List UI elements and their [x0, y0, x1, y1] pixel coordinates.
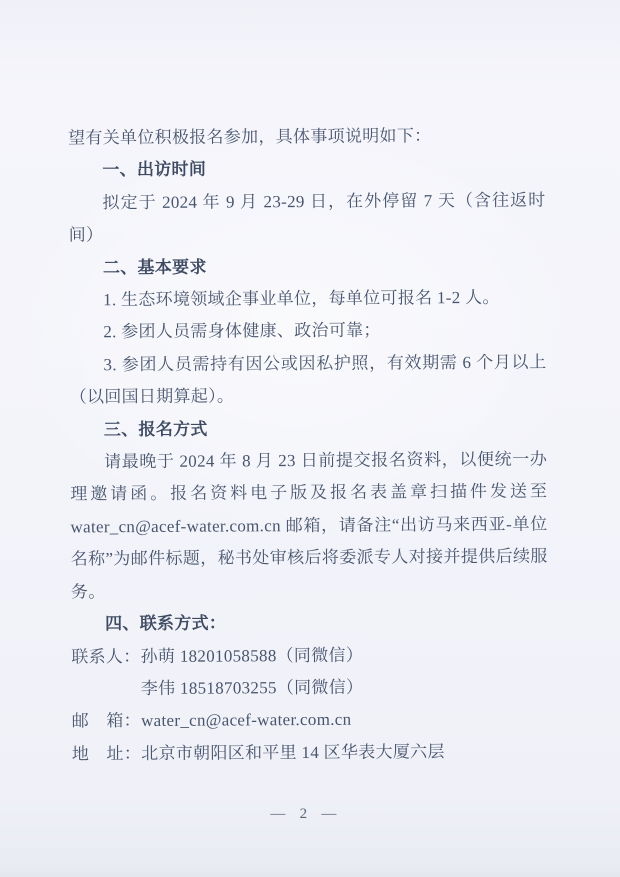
contact-value: 李伟 18518703255（同微信）	[141, 678, 364, 698]
section-heading-contact-info: 四、联系方式：	[71, 606, 548, 641]
contact-value: 孙萌 18201058588（同微信）	[141, 645, 364, 665]
intro-line: 望有关单位积极报名参加，具体事项说明如下：	[68, 120, 545, 155]
section-heading-travel-time: 一、出访时间	[68, 152, 545, 187]
requirement-item-3: 3. 参团人员需持有因公或因私护照，有效期需 6 个月以上（以回国日期算起）。	[69, 346, 546, 414]
requirement-item-2: 2. 参团人员需身体健康、政治可靠；	[69, 314, 546, 349]
requirement-item-1: 1. 生态环境领域企事业单位，每单位可报名 1-2 人。	[69, 282, 546, 317]
scanned-document-page: 望有关单位积极报名参加，具体事项说明如下： 一、出访时间 拟定于 2024 年 …	[0, 0, 620, 877]
contact-label: 联系人：	[71, 641, 141, 674]
contact-row-person-2: 李伟 18518703255（同微信）	[71, 670, 548, 705]
section-heading-registration-method: 三、报名方式	[70, 411, 547, 446]
page-number: — 2 —	[0, 806, 612, 823]
contact-label: 地 址：	[72, 738, 142, 771]
travel-time-paragraph: 拟定于 2024 年 9 月 23-29 日，在外停留 7 天（含往返时间）	[68, 184, 545, 252]
contact-list: 联系人：孙萌 18201058588（同微信） 李伟 18518703255（同…	[71, 638, 549, 771]
contact-row-address: 地 址：北京市朝阳区和平里 14 区华表大厦六层	[72, 735, 549, 770]
contact-value: 北京市朝阳区和平里 14 区华表大厦六层	[141, 742, 445, 763]
contact-value: water_cn@acef-water.com.cn	[141, 710, 351, 730]
contact-row-email: 邮 箱：water_cn@acef-water.com.cn	[72, 703, 549, 738]
contact-label: 邮 箱：	[72, 705, 142, 738]
registration-paragraph: 请最晚于 2024 年 8 月 23 日前提交报名资料，以便统一办理邀请函。报名…	[70, 444, 548, 609]
contact-row-person-1: 联系人：孙萌 18201058588（同微信）	[71, 638, 548, 673]
section-heading-basic-requirements: 二、基本要求	[69, 249, 546, 284]
document-body: 望有关单位积极报名参加，具体事项说明如下： 一、出访时间 拟定于 2024 年 …	[68, 120, 549, 771]
